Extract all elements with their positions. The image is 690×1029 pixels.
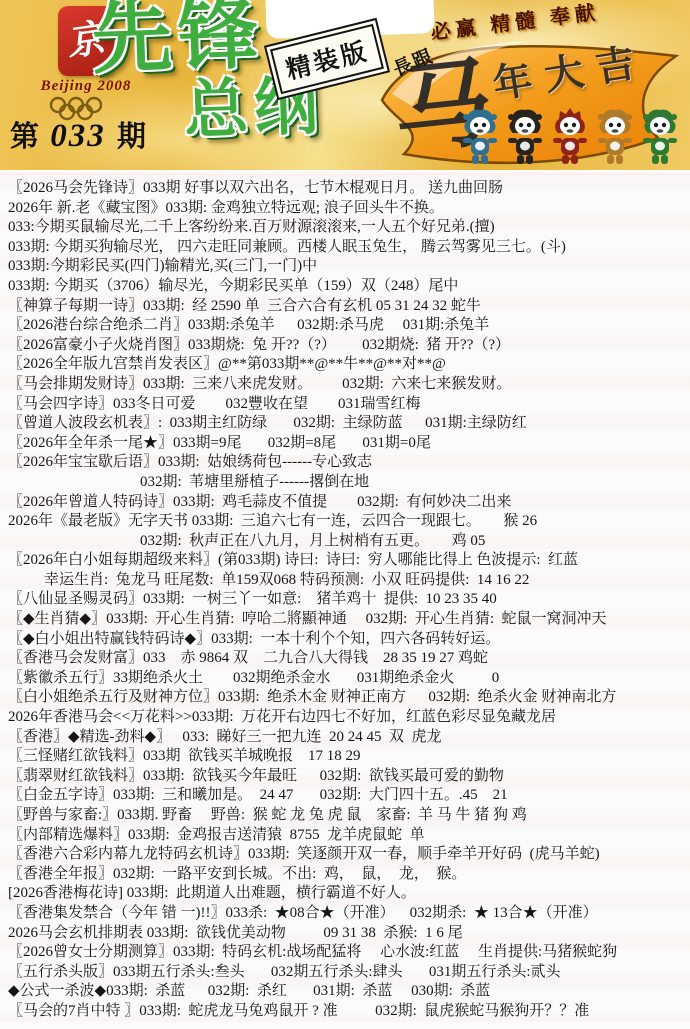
tip-line: 033期: 今期买（3706）输尽光，今期彩民买单（159）双（248）尾中 xyxy=(8,277,690,297)
tip-line: [2026香港梅花诗] 033期: 此期道人出难题，横行霸道不好人。 xyxy=(8,884,690,904)
tip-line: 〖八仙显圣赐灵码〗033期: 一树三丫一如意: 猪羊鸡十 提供: 10 23 3… xyxy=(8,590,690,610)
tip-line: 〖香港马会发财富〗033 赤 9864 双 二九合八大得钱 28 35 19 2… xyxy=(8,649,690,669)
tip-line: 2026年 新.老《藏宝图》033期: 金鸡独立特远观; 浪子回头牛不换。 xyxy=(8,199,690,219)
tip-line: 〖马会的7肖中特 〗033期: 蛇虎龙马兔鸡鼠开 ? 准 032期: 鼠虎猴蛇马… xyxy=(8,1002,690,1022)
tip-line: 〖香港全年报〗032期: 一路平安到长城。不出: 鸡， 鼠， 龙， 猴。 xyxy=(8,865,690,885)
tip-line: 幸运生肖: 兔龙马 旺尾数: 单159双068 特码预测: 小双 旺码提供: 1… xyxy=(8,571,690,591)
tip-line: 〖野兽与家畜:〗033期. 野畜 野兽: 猴 蛇 龙 兔 虎 鼠 家畜: 羊 马… xyxy=(8,806,690,826)
issue-value: 033 xyxy=(46,118,110,154)
issue-prefix: 第 xyxy=(10,121,39,153)
tip-line: 〖2026曾女士分期测算〗033期: 特码玄机:战场配猛将 心水波:红蓝 生肖提… xyxy=(8,943,690,963)
issue-suffix: 期 xyxy=(117,121,146,153)
tip-line: 〖2026全年版九宫禁肖发表区〗@**第033期**@**牛**@**对**@ xyxy=(8,355,690,375)
tip-line: 〖◆白小姐出特赢钱特码诗◆〗033期: 一本十利个个知，四六各码转好运。 xyxy=(8,630,690,650)
tip-line: 2026年《最老版》无字天书 033期: 三追六七有一连，云四合一现跟七。 猴 … xyxy=(8,512,690,532)
tip-line: 〖白金五字诗〗033期: 三和曦加是。 24 47 032期: 大门四十五。.4… xyxy=(8,786,690,806)
tip-line: 〖香港集发禁合（今年 错 一)!!〗033杀: ★08合★（开准） 032期杀:… xyxy=(8,904,690,924)
tip-line: 〖2026年白小姐每期超级来料〗(第033期) 诗曰: 诗曰: 穷人哪能比得上 … xyxy=(8,551,690,571)
issue-number: 第 033 期 xyxy=(10,114,146,155)
tip-line: 〖白小姐绝杀五行及财神方位〗033期: 绝杀木金 财神正南方 032期: 绝杀火… xyxy=(8,688,690,708)
fuwa-jingjing-icon xyxy=(505,108,545,166)
tip-line: 〖2026马会先锋诗〗033期 好事以双六出名，七节木棍观日月。 送九曲回肠 xyxy=(8,179,690,199)
tip-line: 〖五行杀头版〗033期五行杀头:叁头 032期五行杀头:肆头 031期五行杀头:… xyxy=(8,963,690,983)
fuwa-nini-icon xyxy=(640,108,680,166)
tip-line: 〖三怪赌红欲钱料〗033期 欲钱买羊城晚报 17 18 29 xyxy=(8,747,690,767)
tip-line: 2026年香港马会<<万花料>>033期: 万花开右边四七不好加，红蓝色彩尽显兔… xyxy=(8,708,690,728)
tip-line: 〖香港〗◆精选-劲料◆〗 033: 睇好三一把九连 20 24 45 双 虎龙 xyxy=(8,728,690,748)
tip-line: 032期: 秋声正在八九月，月上树梢有五更。 鸡 05 xyxy=(8,532,690,552)
tip-line: 〖马会排期发财诗〗033期: 三来八来虎发财。 032期: 六来七来猴发财。 xyxy=(8,375,690,395)
tip-line: 〖2026年曾道人特码诗〗033期: 鸡毛蒜皮不值提 032期: 有何妙决二出来 xyxy=(8,493,690,513)
masthead-title-top: 先锋 xyxy=(91,0,266,79)
tip-line: 033期: 今期买狗输尽光， 四六走旺同兼顾。西楼人眠玉兔生， 腾云驾雾见三七。… xyxy=(8,238,690,258)
tip-line: 〖2026年全年杀一尾★〗033期=9尾 032期=8尾 031期=0尾 xyxy=(8,434,690,454)
fuwa-mascots xyxy=(460,108,680,166)
tip-line: ◆公式一杀波◆033期: 杀蓝 032期: 杀红 031期: 杀蓝 030期: … xyxy=(8,982,690,1002)
tip-line: 〖◆生肖猜◆〗033期: 开心生肖猜: 哼哈二將顯神通 032期: 开心生肖猜:… xyxy=(8,610,690,630)
tip-line: 〖2026港台综合绝杀二肖〗033期:杀兔羊 032期:杀马虎 031期:杀兔羊 xyxy=(8,316,690,336)
tip-line: 〖翡翠财红欲钱料〗033期: 欲钱买今年最旺 032期: 欲钱买最可爱的勤物 xyxy=(8,767,690,787)
tip-line: 〖曾道人波段玄机表〗: 033期主红防绿 032期: 主绿防蓝 031期:主绿防… xyxy=(8,414,690,434)
tip-line: 〖2026年宝宝歇后语〗033期: 姑娘绣荷包------专心致志 xyxy=(8,453,690,473)
fuwa-huanhuan-icon xyxy=(550,108,590,166)
tip-line: 〖马会四字诗〗033冬日可爱 032豐收在望 031瑞雪红梅 xyxy=(8,395,690,415)
fuwa-yingying-icon xyxy=(595,108,635,166)
tip-line: 〖紫徽杀五行〗33期绝杀火土 032期绝杀金水 031期绝杀金火 0 xyxy=(8,669,690,689)
tip-line: 2026马会玄机排期表 033期: 欲钱优美动物 09 31 38 杀猴: 1 … xyxy=(8,924,690,944)
tip-line: 033:今期买鼠输尽光,二千上客纷纷来.百万财源滚滚来,一人五个好兄弟.(擅) xyxy=(8,218,690,238)
tip-line: 033期:今期彩民买(四门)输精光,买(三门,一门)中 xyxy=(8,257,690,277)
tip-sheet-page: 京 Beijing 2008 第 033 期 先锋 总纲 精装版 必赢 精髓 奉… xyxy=(0,0,690,1029)
tip-line: 〖神算子每期一诗〗033期: 经 2590 单 三合六合有玄机 05 31 24… xyxy=(8,297,690,317)
masthead: 京 Beijing 2008 第 033 期 先锋 总纲 精装版 必赢 精髓 奉… xyxy=(0,0,690,170)
tip-line: 〖香港六合彩内幕九龙特码玄机诗〗033期: 笑逐颜开双一春，顺手牵羊开好码 (虎… xyxy=(8,845,690,865)
tips-sheet: 〖2026马会先锋诗〗033期 好事以双六出名，七节木棍观日月。 送九曲回肠 2… xyxy=(0,175,690,1022)
tip-line: 032期: 苇塘里掰植子------撂倒在地 xyxy=(8,473,690,493)
fuwa-beibei-icon xyxy=(460,108,500,166)
tip-line: 〖内部精选爆料〗033期: 金鸡报吉送清猿 8755 龙羊虎鼠蛇 单 xyxy=(8,826,690,846)
tip-line: 〖2026富豪小子火烧肖图〗033期烧: 兔 开??（?） 032期烧: 猪 开… xyxy=(8,336,690,356)
